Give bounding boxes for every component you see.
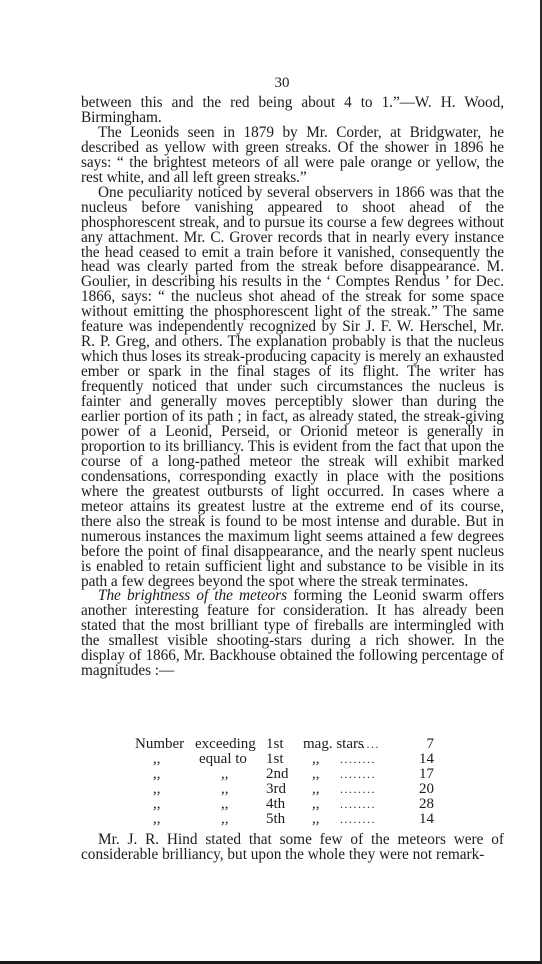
cell-magnitude: 1st — [266, 737, 284, 752]
ditto-mark: ,, — [153, 752, 161, 767]
paragraph-continuation: between this and the red being about 4 t… — [81, 96, 504, 126]
cell-value: 28 — [419, 797, 434, 812]
ditto-mark: ,, — [153, 782, 161, 797]
ditto-mark: ,, — [312, 797, 320, 812]
table-row: ,, equal to 1st ,, ........ 14 — [135, 752, 440, 767]
paragraph-brightness: The brightness of the meteors forming th… — [81, 589, 504, 679]
ditto-mark: ,, — [312, 752, 320, 767]
cell-leader-dots: ........ — [340, 797, 376, 812]
ditto-mark: ,, — [312, 782, 320, 797]
ditto-mark: ,, — [312, 767, 320, 782]
cell-value: 20 — [419, 782, 434, 797]
paragraph-text: Mr. J. R. Hind stated that some few of t… — [81, 831, 504, 863]
cell-value: 14 — [419, 812, 434, 827]
cell-qualifier: exceeding — [195, 737, 256, 752]
table-row: ,, ,, 4th ,, ........ 28 — [135, 797, 440, 812]
ditto-mark: ,, — [221, 797, 229, 812]
cell-value: 17 — [419, 767, 434, 782]
cell-leader-dots: ...... — [353, 737, 380, 752]
ditto-mark: ,, — [312, 812, 320, 827]
cell-magnitude: 4th — [266, 797, 285, 812]
table-row: ,, ,, 5th ,, ........ 14 — [135, 812, 440, 827]
cell-magnitude: 1st — [266, 752, 284, 767]
ditto-mark: ,, — [153, 812, 161, 827]
ditto-mark: ,, — [153, 767, 161, 782]
body-text: between this and the red being about 4 t… — [81, 96, 504, 679]
magnitude-table: Number exceeding 1st mag. stars ...... 7… — [135, 737, 440, 827]
table-row: ,, ,, 3rd ,, ........ 20 — [135, 782, 440, 797]
cell-leader-dots: ........ — [340, 767, 376, 782]
cell-magnitude: 2nd — [266, 767, 289, 782]
table-row: Number exceeding 1st mag. stars ...... 7 — [135, 737, 440, 752]
paragraph-nucleus-peculiarity: One peculiarity noticed by several obser… — [81, 186, 504, 590]
paragraph-leonids-1879: The Leonids seen in 1879 by Mr. Corder, … — [81, 126, 504, 186]
cell-leader-dots: ........ — [340, 752, 376, 767]
cell-magnitude: 5th — [266, 812, 285, 827]
paragraph-hind: Mr. J. R. Hind stated that some few of t… — [81, 832, 504, 862]
closing-text: Mr. J. R. Hind stated that some few of t… — [81, 832, 504, 862]
ditto-mark: ,, — [153, 797, 161, 812]
cell-magnitude: 3rd — [266, 782, 286, 797]
cell-value: 7 — [427, 737, 435, 752]
ditto-mark: ,, — [221, 767, 229, 782]
cell-label: Number — [135, 737, 184, 752]
paragraph-text: The Leonids seen in 1879 by Mr. Corder, … — [81, 124, 504, 186]
page-number: 30 — [0, 75, 542, 92]
cell-qualifier: equal to — [199, 752, 247, 767]
ditto-mark: ,, — [221, 812, 229, 827]
cell-leader-dots: ........ — [340, 812, 376, 827]
document-page: 30 between this and the red being about … — [0, 0, 542, 964]
table-row: ,, ,, 2nd ,, ........ 17 — [135, 767, 440, 782]
paragraph-text: between this and the red being about 4 t… — [81, 94, 504, 126]
cell-leader-dots: ........ — [340, 782, 376, 797]
paragraph-text: One peculiarity noticed by several obser… — [81, 184, 504, 590]
ditto-mark: ,, — [221, 782, 229, 797]
cell-value: 14 — [419, 752, 434, 767]
